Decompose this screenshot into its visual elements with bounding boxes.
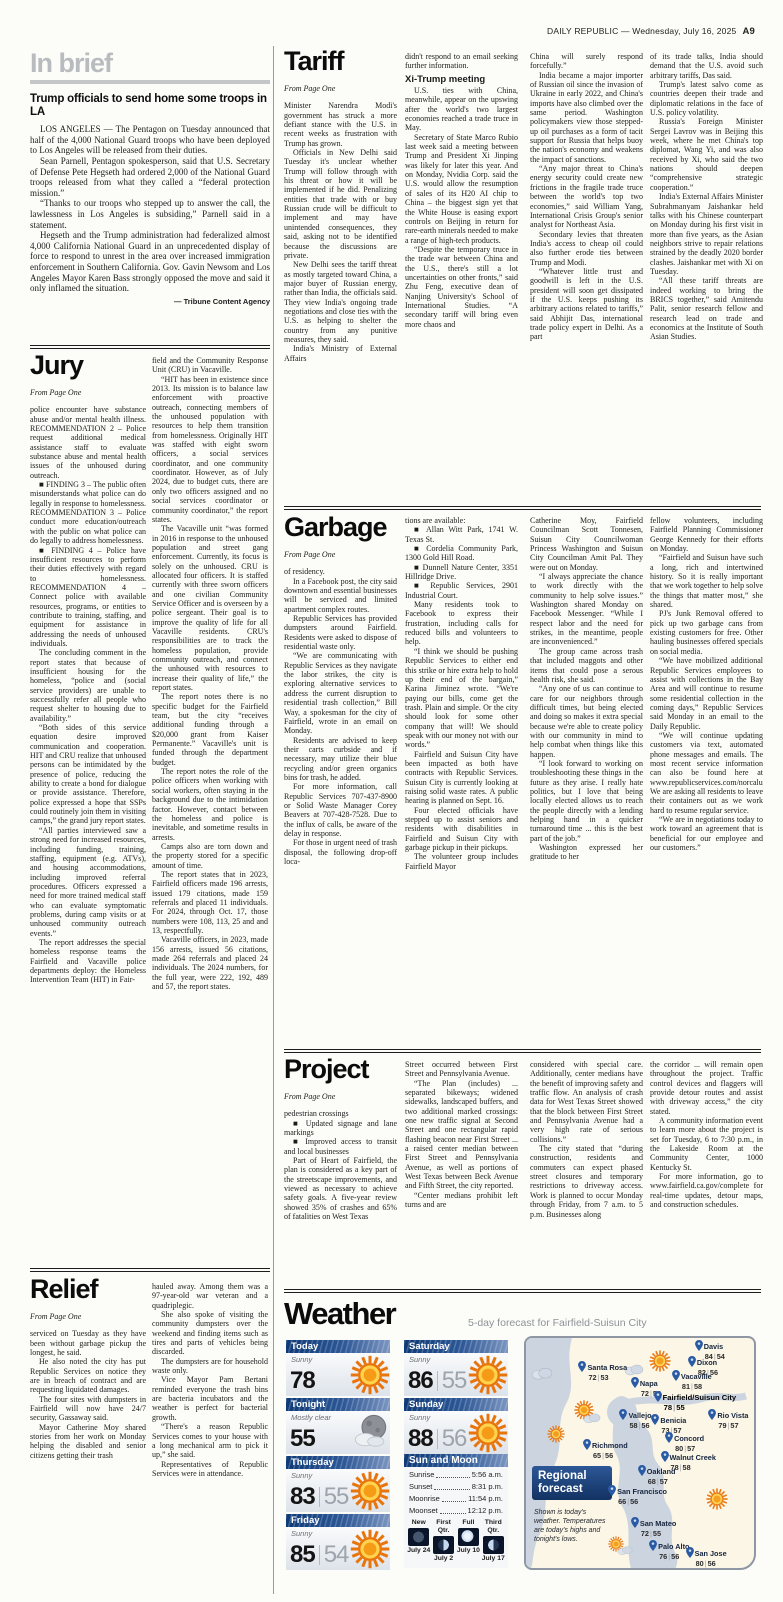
forecast-day: Thursday	[286, 1456, 390, 1469]
map-city: Rio Vista79|57	[708, 1409, 748, 1430]
section-divider	[30, 1268, 270, 1272]
article-paragraph: “Any one of us can continue to care for …	[530, 684, 643, 759]
map-city-name: Napa	[640, 1379, 658, 1388]
map-pin-icon	[708, 1409, 716, 1422]
article-paragraph: “I always appreciate the chance to work …	[530, 572, 643, 647]
moon-phases: NewJuly 24 First Qtr.July 2 FullJuly 10 …	[404, 1515, 508, 1563]
high-temp: 85	[290, 1541, 315, 1569]
article-paragraph: Washington expressed her gratitude to he…	[530, 843, 643, 862]
map-city-temps: 58|56	[619, 1422, 651, 1430]
article-tariff: Tariff From Page One Minister Narendra M…	[284, 48, 761, 507]
newspaper-page: DAILY REPUBLIC — Wednesday, July 16, 202…	[0, 0, 783, 1602]
article-paragraph: fellow volunteers, including Fairfield P…	[650, 516, 763, 553]
article-paragraph: ■ Cordelia Community Park, 1300 Gold Hil…	[405, 544, 518, 563]
article-paragraph: police encounter have substance abuse an…	[30, 405, 146, 480]
section-divider	[284, 1049, 761, 1053]
article-project: Project From Page One pedestrian crossin…	[284, 1056, 761, 1285]
article-paragraph: The report notes there is no specific bu…	[152, 692, 268, 767]
forecast-card-thursday: Thursday Sunny 8355	[286, 1456, 390, 1512]
map-pin-icon	[686, 1547, 694, 1560]
moon-phase-icon	[433, 1536, 454, 1554]
article-paragraph: He also noted the city has put Republic …	[30, 1357, 146, 1394]
map-city-name: Vallejo	[628, 1411, 651, 1420]
high-temp: 83	[290, 1483, 315, 1511]
section-divider	[30, 345, 270, 349]
map-city-name: Walnut Creek	[670, 1453, 716, 1462]
map-pin-icon	[631, 1377, 639, 1390]
in-brief-headline: Trump officials to send home some troops…	[30, 93, 270, 118]
forecast-card-sunday: Sunday Sunny 8856	[404, 1398, 508, 1454]
map-pin-icon	[619, 1409, 627, 1422]
section-divider	[284, 1289, 761, 1293]
moonset-row: Moonset12:12 p.m.	[404, 1506, 508, 1515]
map-pin-icon	[665, 1432, 673, 1445]
article-kicker: From Page One	[30, 1312, 146, 1321]
sun-icon	[350, 1529, 390, 1569]
high-temp: 88	[408, 1425, 433, 1453]
article-paragraph: serviced on Tuesday as they have been wi…	[30, 1329, 146, 1357]
low-temp: 55	[442, 1367, 467, 1395]
article-kicker: From Page One	[284, 1092, 397, 1101]
article-paragraph: Mayor Catherine Moy shared stories from …	[30, 1423, 146, 1460]
article-paragraph: The Vacaville unit “was formed in 2016 i…	[152, 524, 268, 692]
article-title: Tariff	[284, 48, 397, 75]
map-city: Vacaville81|58	[672, 1370, 712, 1391]
sun-icon	[350, 1471, 390, 1511]
article-paragraph: Russia's Foreign Minister Sergei Lavrov …	[650, 117, 763, 192]
article-kicker: From Page One	[30, 388, 146, 397]
article-paragraph: the corridor ... will remain open throug…	[650, 1060, 763, 1116]
article-paragraph: Trump's latest salvo come as countries d…	[650, 80, 763, 117]
article-paragraph: hauled away. Among them was a 97-year-ol…	[152, 1282, 268, 1310]
article-paragraph: The dumpsters are for household waste on…	[152, 1357, 268, 1376]
map-pin-icon	[608, 1485, 616, 1498]
sun-icon	[547, 1425, 565, 1443]
moon-cloud-icon	[352, 1413, 390, 1451]
forecast-day: Saturday	[404, 1340, 508, 1353]
article-paragraph: India's Ministry of External Affairs	[284, 344, 397, 363]
map-city-temps: 66|56	[608, 1498, 667, 1506]
article-column: tions are available:■ Allan Witt Park, 1…	[405, 516, 518, 1045]
article-paragraph: “There's a reason Republic Services come…	[152, 1422, 268, 1459]
article-column: China will surely respond forcefully.”In…	[530, 52, 643, 507]
map-city: Richmond65|56	[583, 1439, 628, 1460]
article-paragraph: The concluding comment in the report sta…	[30, 648, 146, 723]
map-city-name: Oakland	[647, 1467, 676, 1476]
article-paragraph: New Delhi sees the tariff threat as most…	[284, 260, 397, 344]
sun-icon	[468, 1355, 508, 1395]
forecast-card-friday: Friday Sunny 8554	[286, 1514, 390, 1570]
article-paragraph: Fairfield and Suisun City have been impa…	[405, 750, 518, 806]
article-paragraph: “We have mobilized additional Republic S…	[650, 656, 763, 731]
article-paragraph: The group came across trash that include…	[530, 647, 643, 684]
sun-icon	[350, 1355, 390, 1395]
map-city: San Mateo72|55	[631, 1517, 677, 1538]
article-title: Jury	[30, 352, 146, 379]
map-city-name: Davis	[704, 1342, 723, 1351]
article-paragraph: ■ Allan Witt Park, 1741 W. Texas St.	[405, 525, 518, 544]
article-paragraph: For more information, call Republic Serv…	[284, 782, 397, 838]
moon-phase-third-quarter: Third Qtr.July 17	[481, 1519, 505, 1563]
map-city-name: Santa Rosa	[587, 1363, 627, 1372]
article-paragraph: The four sites with dumpsters in Fairfie…	[30, 1395, 146, 1423]
map-city-temps: 72|55	[631, 1530, 677, 1538]
map-city-name: Fairfield/Suisun City	[663, 1393, 736, 1402]
article-jury: Jury From Page One police encounter have…	[30, 352, 270, 1265]
article-paragraph: ■ FINDING 3 – The public often misunders…	[30, 480, 146, 545]
article-column: Jury From Page One police encounter have…	[30, 352, 146, 1265]
map-pin-icon	[651, 1414, 659, 1427]
map-city-name: San Mateo	[640, 1519, 677, 1528]
forecast-card-tonight: Tonight Mostly clear 55	[286, 1398, 390, 1454]
article-paragraph: “Fairfield and Suisun have such a long, …	[650, 553, 763, 609]
moon-phase-icon	[408, 1528, 429, 1546]
map-city: Vallejo58|56	[619, 1409, 651, 1430]
article-paragraph: Many residents took to Facebook to expre…	[405, 600, 518, 647]
forecast-day: Tonight	[286, 1398, 390, 1411]
regional-forecast-label: Regional forecast	[532, 1466, 612, 1500]
forecast-day: Sunday	[404, 1398, 508, 1411]
forecast-card-saturday: Saturday Sunny 8655	[404, 1340, 508, 1396]
article-paragraph: “Despite the temporary truce in the trad…	[405, 245, 518, 329]
map-pin-icon	[654, 1391, 662, 1404]
in-brief-section: In brief Trump officials to send home so…	[30, 50, 270, 344]
article-paragraph: She also spoke of visiting the community…	[152, 1310, 268, 1357]
article-paragraph: The city stated that “during constructio…	[530, 1144, 643, 1219]
article-garbage: Garbage From Page One of residency.In a …	[284, 514, 761, 1045]
sun-icon	[649, 1350, 671, 1372]
article-column: hauled away. Among them was a 97-year-ol…	[152, 1282, 268, 1598]
article-paragraph: “Thanks to our troops who stepped up to …	[30, 198, 270, 230]
map-city: San Francisco66|56	[608, 1485, 667, 1506]
map-pin-icon	[688, 1356, 696, 1369]
map-pin-icon	[649, 1540, 657, 1553]
article-paragraph: “We are in negotiations today to work to…	[650, 815, 763, 852]
article-paragraph: ■ Republic Services, 2901 Industrial Cou…	[405, 581, 518, 600]
article-paragraph: Four elected officials have stepped up t…	[405, 806, 518, 853]
article-paragraph: The volunteer group includes Fairfield M…	[405, 852, 518, 871]
map-city-temps: 65|56	[583, 1452, 628, 1460]
article-paragraph: “We are communicating with Republic Serv…	[284, 651, 397, 735]
map-city: Palo Alto76|56	[649, 1540, 689, 1561]
article-title: Relief	[30, 1276, 146, 1303]
article-paragraph: “Center medians prohibit left turns and …	[405, 1191, 518, 1210]
high-temp: 78	[290, 1367, 315, 1395]
moon-phase-first-quarter: First Qtr.July 2	[432, 1519, 456, 1563]
article-paragraph: “HIT has been in existence since 2013. I…	[152, 375, 268, 525]
map-city-name: Benicia	[660, 1416, 686, 1425]
map-pin-icon	[578, 1361, 586, 1374]
map-pin-icon	[638, 1465, 646, 1478]
map-city-name: Richmond	[592, 1441, 628, 1450]
map-city: San Jose80|56	[686, 1547, 727, 1568]
article-paragraph: field and the Community Response Unit (C…	[152, 356, 268, 375]
article-paragraph: “We will continue updating customers via…	[650, 731, 763, 815]
moon-phase-icon	[483, 1536, 504, 1554]
cloud-icon	[617, 1545, 633, 1555]
regional-forecast-map: Regional forecast Shown is today's weath…	[524, 1336, 756, 1570]
article-paragraph: “Both sides of this service equation des…	[30, 723, 146, 826]
map-city-temps: 79|57	[708, 1422, 748, 1430]
article-paragraph: China will surely respond forcefully.”	[530, 52, 643, 71]
article-column: Street occurred between First Street and…	[405, 1060, 518, 1285]
article-paragraph: ■ Updated signage and lane markings	[284, 1119, 397, 1138]
article-paragraph: of its trade talks, India should demand …	[650, 52, 763, 80]
article-paragraph: Minister Narendra Modi's government has …	[284, 101, 397, 148]
in-brief-underline	[30, 80, 270, 84]
article-paragraph: “Any major threat to China's energy secu…	[530, 164, 643, 229]
article-paragraph: “All these tariff threats are indeed wor…	[650, 276, 763, 341]
article-paragraph: Camps also are torn down and the propert…	[152, 842, 268, 870]
article-paragraph: India became a major importer of Russian…	[530, 71, 643, 164]
article-paragraph: Part of Heart of Fairfield, the plan is …	[284, 1156, 397, 1221]
sunset-row: Sunset8:31 p.m.	[404, 1482, 508, 1491]
map-city-name: San Francisco	[617, 1487, 667, 1496]
article-paragraph: For those in urgent need of trash dispos…	[284, 838, 397, 866]
article-column: fellow volunteers, including Fairfield P…	[650, 516, 763, 1045]
map-city: Santa Rosa72|53	[578, 1361, 627, 1382]
article-paragraph: ■ Dunnell Nature Center, 3351 Hillridge …	[405, 563, 518, 582]
article-column: Catherine Moy, Fairfield Councilman Scot…	[530, 516, 643, 1045]
article-paragraph: Vice Mayor Pam Bertani reminded everyone…	[152, 1375, 268, 1422]
article-paragraph: “The Plan (includes) ... separated bikew…	[405, 1079, 518, 1191]
map-pin-icon	[672, 1370, 680, 1383]
moon-phase-icon	[458, 1528, 479, 1546]
article-column: Garbage From Page One of residency.In a …	[284, 514, 397, 1045]
article-paragraph: tions are available:	[405, 516, 518, 525]
article-title: Project	[284, 1056, 397, 1083]
article-paragraph: “I think we should be pushing Republic S…	[405, 647, 518, 750]
article-paragraph: “I look forward to working on troublesho…	[530, 759, 643, 843]
article-paragraph: pedestrian crossings	[284, 1109, 397, 1118]
article-paragraph: Representatives of Republic Services wer…	[152, 1460, 268, 1479]
in-brief-body: LOS ANGELES — The Pentagon on Tuesday an…	[30, 124, 270, 294]
sunrise-row: Sunrise5:56 a.m.	[404, 1470, 508, 1479]
article-column: Project From Page One pedestrian crossin…	[284, 1056, 397, 1285]
article-paragraph: didn't respond to an email seeking furth…	[405, 52, 518, 71]
low-temp: 56	[442, 1425, 467, 1453]
forecast-day: Friday	[286, 1514, 390, 1527]
map-city-temps: 80|56	[686, 1560, 727, 1568]
map-city: Oakland68|57	[638, 1465, 676, 1486]
article-paragraph: of residency.	[284, 567, 397, 576]
map-city-name: Concord	[674, 1434, 704, 1443]
article-paragraph: ■ Improved access to transit and local b…	[284, 1137, 397, 1156]
weather-title: Weather	[284, 1296, 395, 1332]
article-paragraph: PJ's Junk Removal offered to pick up two…	[650, 609, 763, 656]
masthead: DAILY REPUBLIC — Wednesday, July 16, 202…	[547, 26, 755, 37]
article-paragraph: Officials in New Delhi said Tuesday it's…	[284, 148, 397, 260]
article-paragraph: Hegseth and the Trump administration had…	[30, 230, 270, 294]
in-brief-title: In brief	[30, 50, 270, 77]
article-paragraph: Residents are advised to keep their cart…	[284, 736, 397, 783]
article-paragraph: U.S. ties with China, meanwhile, appear …	[405, 86, 518, 133]
moonrise-row: Moonrise11:54 p.m.	[404, 1494, 508, 1503]
article-column: Relief From Page One serviced on Tuesday…	[30, 1276, 146, 1598]
regional-forecast-note: Shown is today's weather. Temperatures a…	[534, 1508, 610, 1544]
article-kicker: From Page One	[284, 84, 397, 93]
sun-icon	[468, 1413, 508, 1453]
map-pin-icon	[583, 1439, 591, 1452]
sun-moon-title: Sun and Moon	[404, 1454, 508, 1467]
article-column: field and the Community Response Unit (C…	[152, 356, 268, 1265]
map-city-name: Vacaville	[681, 1372, 712, 1381]
article-paragraph: Catherine Moy, Fairfield Councilman Scot…	[530, 516, 643, 572]
sun-and-moon-panel: Sun and Moon Sunrise5:56 a.m. Sunset8:31…	[404, 1454, 508, 1568]
weather-subtitle: 5-day forecast for Fairfield-Suisun City	[468, 1317, 647, 1329]
sun-icon	[706, 1488, 728, 1510]
weather-section: Weather 5-day forecast for Fairfield-Sui…	[282, 1294, 760, 1596]
low-temp: 55	[324, 1483, 349, 1511]
article-paragraph: Sean Parnell, Pentagon spokesperson, sai…	[30, 156, 270, 198]
map-pin-icon	[695, 1340, 703, 1353]
low-temp: 55	[290, 1425, 315, 1453]
article-paragraph: Secretary of State Marco Rubio last week…	[405, 133, 518, 245]
article-paragraph: A community information event to learn m…	[650, 1116, 763, 1172]
article-paragraph: LOS ANGELES — The Pentagon on Tuesday an…	[30, 124, 270, 156]
masthead-date: DAILY REPUBLIC — Wednesday, July 16, 202…	[547, 26, 736, 36]
article-paragraph: India's External Affairs Minister Subrah…	[650, 192, 763, 276]
map-pin-icon	[661, 1451, 669, 1464]
article-paragraph: Street occurred between First Street and…	[405, 1060, 518, 1079]
article-paragraph: The report addresses the special homeles…	[30, 938, 146, 985]
article-paragraph: Xi-Trump meeting	[405, 75, 518, 84]
article-title: Garbage	[284, 514, 397, 541]
article-paragraph: For more information, go to www.fairfiel…	[650, 1172, 763, 1209]
forecast-day: Today	[286, 1340, 390, 1353]
map-city-temps: 76|56	[649, 1553, 689, 1561]
map-city-name: Rio Vista	[717, 1411, 748, 1420]
article-column: of its trade talks, India should demand …	[650, 52, 763, 507]
map-city-temps: 72|53	[578, 1374, 627, 1382]
cloud-icon	[531, 1366, 553, 1380]
article-paragraph: ■ FINDING 4 – Police have insufficient r…	[30, 546, 146, 649]
article-paragraph: “Whatever little trust and goodwill is l…	[530, 267, 643, 342]
map-city-name: Dixon	[697, 1358, 717, 1367]
in-brief-credit: — Tribune Content Agency	[30, 297, 270, 306]
article-paragraph: Secondary levies that threaten India's a…	[530, 230, 643, 267]
page-number: A9	[742, 26, 755, 37]
map-city-name: San Jose	[695, 1549, 727, 1558]
article-paragraph: The report notes the role of the police …	[152, 767, 268, 842]
article-relief: Relief From Page One serviced on Tuesday…	[30, 1276, 270, 1598]
article-paragraph: In a Facebook post, the city said downto…	[284, 577, 397, 614]
article-column: considered with special care. Additional…	[530, 1060, 643, 1285]
article-paragraph: The report states that in 2023, Fairfiel…	[152, 870, 268, 935]
column-rule	[273, 46, 274, 1594]
article-paragraph: considered with special care. Additional…	[530, 1060, 643, 1144]
moon-phase-full: FullJuly 10	[457, 1519, 481, 1563]
article-kicker: From Page One	[284, 550, 397, 559]
high-temp: 86	[408, 1367, 433, 1395]
article-paragraph: Vacaville officers, in 2023, made 156 ar…	[152, 935, 268, 991]
article-column: Tariff From Page One Minister Narendra M…	[284, 48, 397, 507]
article-paragraph: “All parties interviewed saw a strong ne…	[30, 826, 146, 938]
map-pin-icon	[631, 1517, 639, 1530]
forecast-card-today: Today Sunny 78	[286, 1340, 390, 1396]
article-column: the corridor ... will remain open throug…	[650, 1060, 763, 1285]
article-paragraph: Republic Services has provided dumpsters…	[284, 614, 397, 651]
moon-phase-new: NewJuly 24	[407, 1519, 431, 1563]
cloud-icon	[583, 1412, 601, 1424]
low-temp: 54	[324, 1541, 349, 1569]
article-column: didn't respond to an email seeking furth…	[405, 52, 518, 507]
